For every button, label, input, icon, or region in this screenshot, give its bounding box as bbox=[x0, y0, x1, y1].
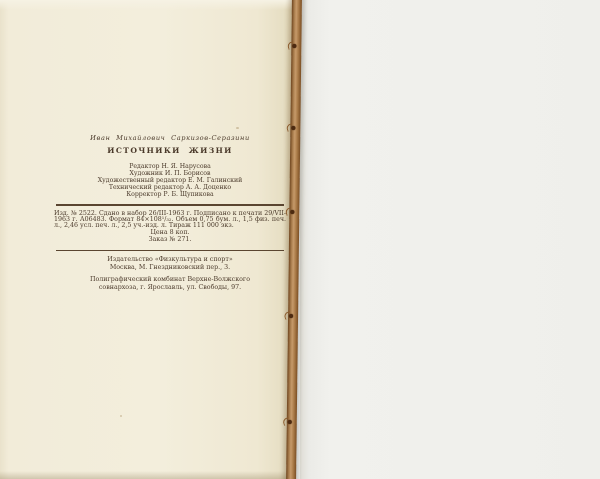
credit-tech-editor: Технический редактор А. А. Доценко bbox=[52, 184, 288, 191]
divider-rule-bottom bbox=[56, 250, 284, 251]
book-scan: Иван Михайлович Саркизов-Серазини ИСТОЧН… bbox=[0, 0, 600, 479]
paper-speck bbox=[236, 127, 239, 129]
left-page: Иван Михайлович Саркизов-Серазини ИСТОЧН… bbox=[0, 0, 292, 479]
stitch-hole-icon bbox=[288, 420, 292, 424]
stitch-mark bbox=[286, 124, 295, 131]
stitch-mark bbox=[284, 312, 293, 319]
imprint-text: Изд. № 2522. Сдано в набор 26/III-1963 г… bbox=[54, 211, 286, 229]
publisher-address: Москва, М. Гнездниковский пер., 3. bbox=[52, 264, 288, 271]
stitch-hole-icon bbox=[290, 210, 294, 214]
publisher-name: Издательство «Физкультура и спорт» bbox=[52, 256, 288, 263]
divider-rule-top bbox=[56, 204, 284, 205]
stitch-mark bbox=[287, 42, 296, 49]
stitch-mark bbox=[285, 208, 294, 215]
printer-address: совнархоза, г. Ярославль, ул. Свободы, 9… bbox=[52, 284, 288, 291]
credit-editor: Редактор Н. Я. Нарусова bbox=[52, 163, 288, 170]
stitch-mark bbox=[283, 418, 292, 425]
stitch-hole-icon bbox=[291, 126, 295, 130]
right-page bbox=[300, 0, 600, 479]
credit-proofreader: Корректор Р. Б. Щупикова bbox=[52, 191, 288, 198]
printer-name: Полиграфический комбинат Верхне-Волжског… bbox=[52, 276, 288, 283]
order-line: Заказ № 271. bbox=[52, 237, 288, 243]
colophon-block: Иван Михайлович Саркизов-Серазини ИСТОЧН… bbox=[52, 134, 288, 291]
stitch-hole-icon bbox=[289, 314, 293, 318]
author-name: Иван Михайлович Саркизов-Серазини bbox=[52, 134, 288, 142]
paper-speck bbox=[120, 415, 122, 417]
stitch-hole-icon bbox=[292, 44, 296, 48]
credit-artist: Художник И. П. Борисов bbox=[52, 170, 288, 177]
book-title: ИСТОЧНИКИ ЖИЗНИ bbox=[52, 146, 288, 155]
credit-art-editor: Художественный редактор Е. М. Галинский bbox=[52, 177, 288, 184]
